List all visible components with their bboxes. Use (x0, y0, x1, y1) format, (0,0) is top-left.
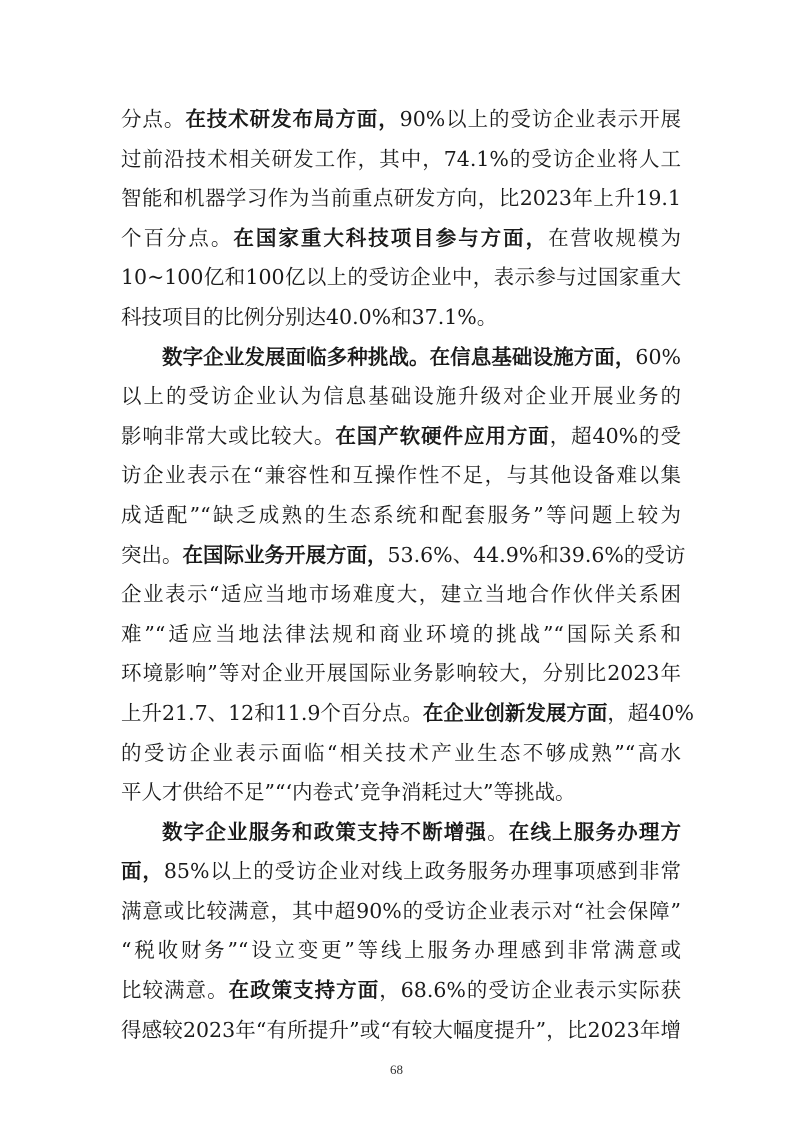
text-line: 智能和机器学习作为当前重点研发方向，比2023年上升19.1 (121, 179, 681, 219)
body-text: 难”“适应当地法律法规和商业环境的挑战”“国际关系和 (121, 622, 681, 646)
body-text: 比较满意。 (121, 978, 229, 1002)
bold-heading-text: 数字企业服务和政策支持不断增强 (162, 820, 487, 844)
body-text: 上升21.7、12和11.9个百分点。 (121, 701, 423, 725)
body-text: 个百分点。 (121, 226, 233, 250)
text-line: 影响非常大或比较大。在国产软硬件应用方面，超40%的受 (121, 417, 681, 457)
text-line: 的受访企业表示面临“相关技术产业生态不够成熟”“高水 (121, 734, 681, 774)
bold-heading-text: 在线上服务办理方 (509, 820, 681, 844)
body-text: 60% (635, 345, 681, 369)
text-line: 分点。在技术研发布局方面，90%以上的受访企业表示开展 (121, 100, 681, 140)
body-text: 得感较2023年“有所提升”或“有较大幅度提升”，比2023年增 (121, 1018, 681, 1042)
body-text: 53.6%、44.9%和39.6%的受访 (388, 543, 686, 567)
text-line: 面，85%以上的受访企业对线上政务服务办理事项感到非常 (121, 852, 681, 892)
text-line: 上升21.7、12和11.9个百分点。在企业创新发展方面，超40% (121, 694, 681, 734)
body-text: 90%以上的受访企业表示开展 (400, 107, 681, 131)
body-text: “税收财务”“设立变更”等线上服务办理感到非常满意或 (121, 938, 681, 962)
body-text: 环境影响”等对企业开展国际业务影响较大，分别比2023年 (121, 661, 681, 685)
text-line: 成适配”“缺乏成熟的生态系统和配套服务”等问题上较为 (121, 496, 681, 536)
body-text: 智能和机器学习作为当前重点研发方向，比2023年上升19.1 (121, 186, 681, 210)
body-text: 访企业表示在“兼容性和互操作性不足，与其他设备难以集 (121, 463, 681, 487)
text-line: 个百分点。在国家重大科技项目参与方面，在营收规模为 (121, 219, 681, 259)
text-line: 平人才供给不足”“‘内卷式’竞争消耗过大”等挑战。 (121, 773, 681, 813)
body-text: ，超40% (607, 701, 694, 725)
text-line: 环境影响”等对企业开展国际业务影响较大，分别比2023年 (121, 654, 681, 694)
body-text: 的受访企业表示面临“相关技术产业生态不够成熟”“高水 (121, 741, 681, 765)
text-line: “税收财务”“设立变更”等线上服务办理感到非常满意或 (121, 931, 681, 971)
body-text: ，68.6%的受访企业表示实际获 (379, 978, 681, 1002)
body-text: 满意或比较满意，其中超90%的受访企业表示对“社会保障” (121, 899, 681, 923)
body-text: 10~100亿和100亿以上的受访企业中，表示参与过国家重大 (121, 265, 681, 289)
text-line: 数字企业服务和政策支持不断增强。在线上服务办理方 (121, 813, 681, 853)
bold-heading-text: 在国际业务开展方面， (183, 543, 388, 567)
text-line: 得感较2023年“有所提升”或“有较大幅度提升”，比2023年增 (121, 1011, 681, 1051)
body-text: 85%以上的受访企业对线上政务服务办理事项感到非常 (164, 859, 681, 883)
text-line: 过前沿技术相关研发工作，其中，74.1%的受访企业将人工 (121, 140, 681, 180)
bold-heading-text: 在企业创新发展方面 (423, 701, 608, 725)
text-line: 满意或比较满意，其中超90%的受访企业表示对“社会保障” (121, 892, 681, 932)
body-text: 企业表示“适应当地市场难度大，建立当地合作伙伴关系困 (121, 582, 681, 606)
bold-heading-text: 数字企业发展面临多种挑战。在信息基础设施方面， (162, 345, 635, 369)
text-line: 企业表示“适应当地市场难度大，建立当地合作伙伴关系困 (121, 575, 681, 615)
body-text: 分点。 (121, 107, 185, 131)
body-text: 。 (487, 820, 509, 844)
body-text: 以上的受访企业认为信息基础设施升级对企业开展业务的 (121, 384, 681, 408)
page-number: 68 (0, 1062, 793, 1078)
body-text: ，超40%的受 (550, 424, 681, 448)
body-text: 科技项目的比例分别达40.0%和37.1%。 (121, 305, 497, 329)
body-text: 成适配”“缺乏成熟的生态系统和配套服务”等问题上较为 (121, 503, 681, 527)
body-text: 平人才供给不足”“‘内卷式’竞争消耗过大”等挑战。 (121, 780, 575, 804)
body-text: 在营收规模为 (548, 226, 681, 250)
text-line: 数字企业发展面临多种挑战。在信息基础设施方面，60% (121, 338, 681, 378)
body-text: 影响非常大或比较大。 (121, 424, 335, 448)
bold-heading-text: 在技术研发布局方面， (185, 107, 399, 131)
body-text: 过前沿技术相关研发工作，其中，74.1%的受访企业将人工 (121, 147, 681, 171)
text-line: 科技项目的比例分别达40.0%和37.1%。 (121, 298, 681, 338)
text-line: 突出。在国际业务开展方面，53.6%、44.9%和39.6%的受访 (121, 536, 681, 576)
bold-heading-text: 在政策支持方面 (229, 978, 380, 1002)
text-line: 比较满意。在政策支持方面，68.6%的受访企业表示实际获 (121, 971, 681, 1011)
document-body: 分点。在技术研发布局方面，90%以上的受访企业表示开展过前沿技术相关研发工作，其… (121, 100, 681, 1050)
bold-heading-text: 在国产软硬件应用方面 (335, 424, 549, 448)
text-line: 以上的受访企业认为信息基础设施升级对企业开展业务的 (121, 377, 681, 417)
text-line: 难”“适应当地法律法规和商业环境的挑战”“国际关系和 (121, 615, 681, 655)
bold-heading-text: 面， (121, 859, 164, 883)
text-line: 10~100亿和100亿以上的受访企业中，表示参与过国家重大 (121, 258, 681, 298)
text-line: 访企业表示在“兼容性和互操作性不足，与其他设备难以集 (121, 456, 681, 496)
bold-heading-text: 在国家重大科技项目参与方面， (233, 226, 548, 250)
body-text: 突出。 (121, 543, 183, 567)
